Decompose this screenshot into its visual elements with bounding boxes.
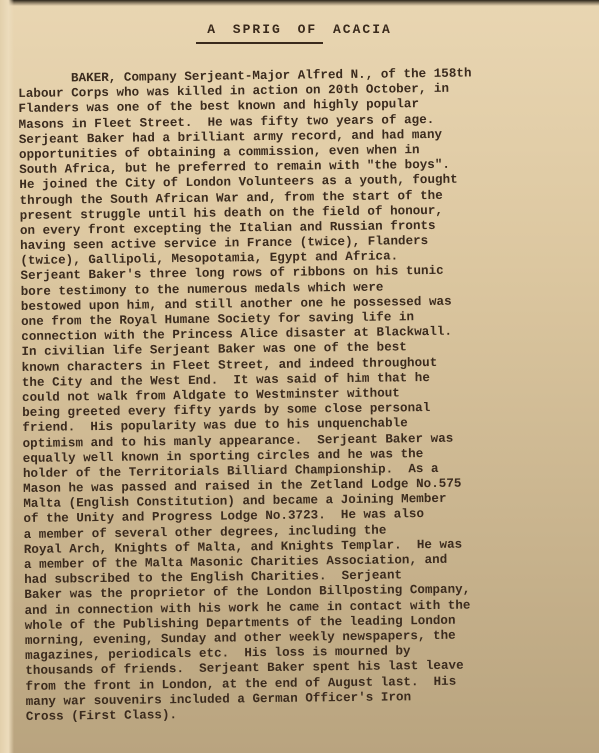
document-body: BAKER, Company Serjeant-Major Alfred N.,… [18, 65, 599, 725]
document-title: A SPRIG OF ACACIA [0, 22, 599, 37]
title-underline [196, 42, 323, 44]
paper-edge [0, 0, 14, 753]
page-top-shadow [0, 0, 599, 6]
